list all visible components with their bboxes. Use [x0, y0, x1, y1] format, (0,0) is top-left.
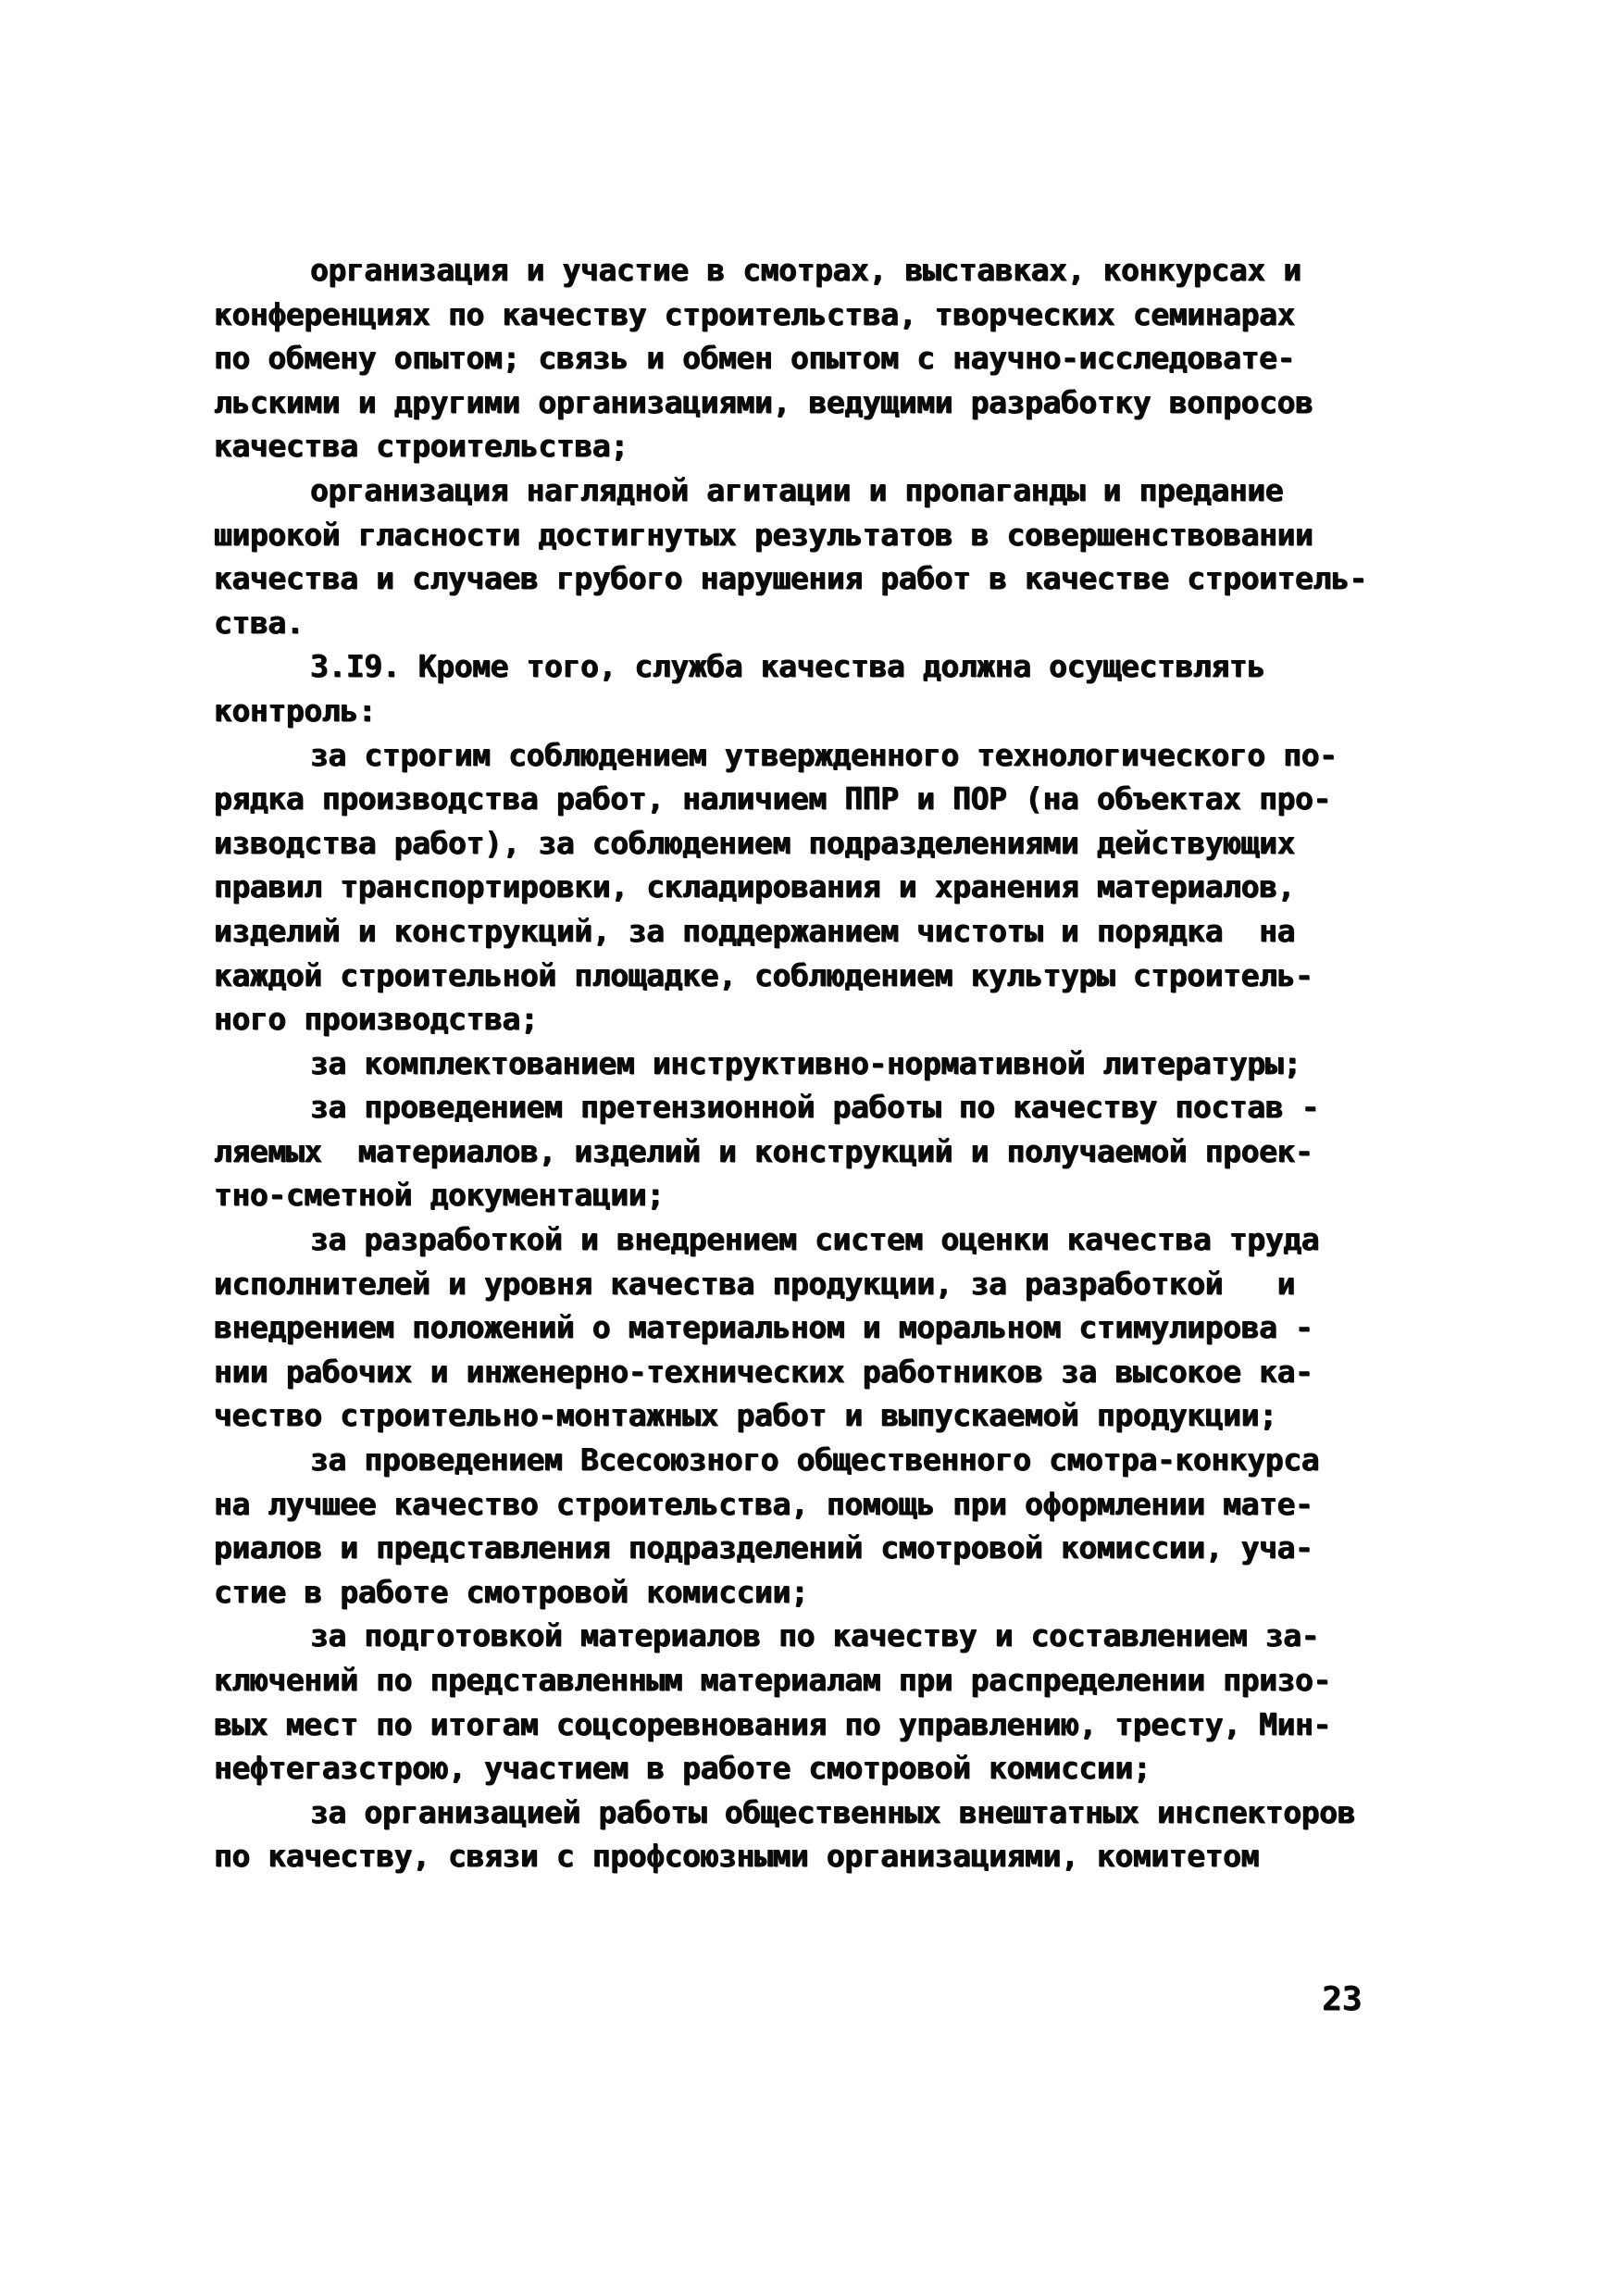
text-line: широкой гласности достигнутых результато… — [214, 513, 1389, 557]
page-number: 23 — [1322, 1978, 1362, 2022]
text-line: за организацией работы общественных внеш… — [214, 1791, 1389, 1835]
paragraph: 3.I9. Кроме того, служба качества должна… — [214, 644, 1389, 732]
paragraph: за строгим соблюдением утвержденного тех… — [214, 733, 1389, 1042]
text-line: контроль: — [214, 689, 1389, 733]
text-line: нии рабочих и инженерно-технических рабо… — [214, 1350, 1389, 1394]
text-line: нефтегазстрою, участием в работе смотров… — [214, 1746, 1389, 1791]
text-line: за проведением Всесоюзного общественного… — [214, 1438, 1389, 1482]
paragraph: организация наглядной агитации и пропага… — [214, 468, 1389, 644]
text-line: за проведением претензионной работы по к… — [214, 1085, 1389, 1129]
text-line: чество строительно-монтажных работ и вып… — [214, 1393, 1389, 1438]
text-line: ства. — [214, 601, 1389, 645]
text-line: льскими и другими организациями, ведущим… — [214, 381, 1389, 425]
text-line: правил транспортировки, складирования и … — [214, 865, 1389, 909]
text-line: каждой строительной площадке, соблюдение… — [214, 954, 1389, 998]
paragraph: за проведением Всесоюзного общественного… — [214, 1438, 1389, 1614]
paragraph: за организацией работы общественных внеш… — [214, 1791, 1389, 1878]
text-line: за строгим соблюдением утвержденного тех… — [214, 733, 1389, 778]
text-line: тно-сметной документации; — [214, 1173, 1389, 1217]
paragraph: за комплектованием инструктивно-норматив… — [214, 1042, 1389, 1086]
text-line: вых мест по итогам соцсоревнования по уп… — [214, 1703, 1389, 1747]
scanned-document-page: организация и участие в смотрах, выставк… — [0, 0, 1618, 2296]
text-line: организация и участие в смотрах, выставк… — [214, 248, 1389, 293]
text-line: качества и случаев грубого нарушения раб… — [214, 556, 1389, 601]
text-line: организация наглядной агитации и пропага… — [214, 468, 1389, 513]
text-line: стие в работе смотровой комиссии; — [214, 1570, 1389, 1615]
text-line: изделий и конструкций, за поддержанием ч… — [214, 909, 1389, 954]
text-line: ключений по представленным материалам пр… — [214, 1658, 1389, 1703]
paragraph: за подготовкой материалов по качеству и … — [214, 1614, 1389, 1790]
text-line: рядка производства работ, наличием ППР и… — [214, 777, 1389, 821]
text-line: за подготовкой материалов по качеству и … — [214, 1614, 1389, 1658]
text-line: качества строительства; — [214, 424, 1389, 468]
text-line: за комплектованием инструктивно-норматив… — [214, 1042, 1389, 1086]
paragraph: за разработкой и внедрением систем оценк… — [214, 1217, 1389, 1438]
paragraph: за проведением претензионной работы по к… — [214, 1085, 1389, 1217]
text-line: на лучшее качество строительства, помощь… — [214, 1482, 1389, 1527]
text-line: изводства работ), за соблюдением подразд… — [214, 821, 1389, 866]
text-line: конференциях по качеству строительства, … — [214, 293, 1389, 337]
paragraph: организация и участие в смотрах, выставк… — [214, 248, 1389, 468]
text-line: за разработкой и внедрением систем оценк… — [214, 1217, 1389, 1262]
text-line: ного производства; — [214, 997, 1389, 1042]
document-text: организация и участие в смотрах, выставк… — [214, 248, 1389, 1878]
text-line: исполнителей и уровня качества продукции… — [214, 1262, 1389, 1306]
text-line: ляемых материалов, изделий и конструкций… — [214, 1129, 1389, 1174]
text-line: по качеству, связи с профсоюзными органи… — [214, 1834, 1389, 1878]
text-line: по обмену опытом; связь и обмен опытом с… — [214, 336, 1389, 381]
text-line: риалов и представления подразделений смо… — [214, 1526, 1389, 1570]
text-line: внедрением положений о материальном и мо… — [214, 1305, 1389, 1350]
text-line: 3.I9. Кроме того, служба качества должна… — [214, 644, 1389, 689]
